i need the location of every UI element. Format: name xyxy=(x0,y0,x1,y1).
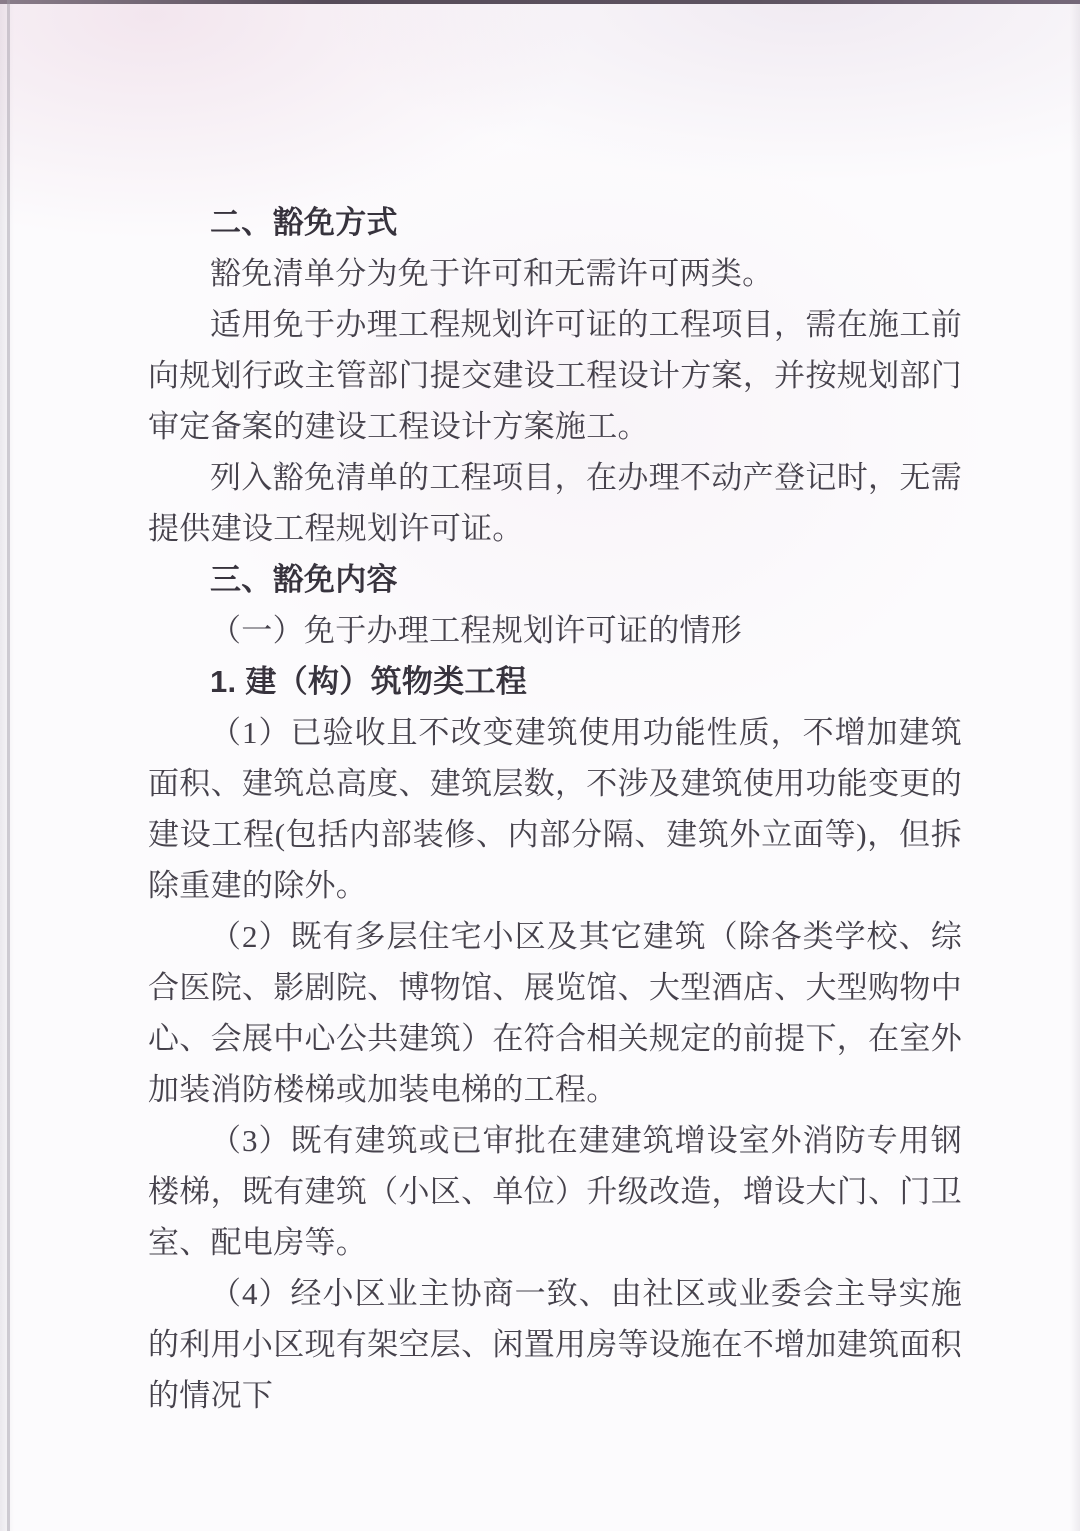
scan-left-edge xyxy=(7,0,10,1531)
section-heading: 三、豁免内容 xyxy=(148,554,962,605)
paragraph: 列入豁免清单的工程项目，在办理不动产登记时，无需提供建设工程规划许可证。 xyxy=(148,452,962,554)
paragraph: 豁免清单分为免于许可和无需许可两类。 xyxy=(148,248,962,299)
paragraph: 适用免于办理工程规划许可证的工程项目，需在施工前向规划行政主管部门提交建设工程设… xyxy=(148,299,962,452)
paragraph: （1）已验收且不改变建筑使用功能性质，不增加建筑面积、建筑总高度、建筑层数，不涉… xyxy=(148,707,962,911)
paragraph: （2）既有多层住宅小区及其它建筑（除各类学校、综合医院、影剧院、博物馆、展览馆、… xyxy=(148,911,962,1115)
scan-top-edge xyxy=(0,0,1080,4)
paragraph: （一）免于办理工程规划许可证的情形 xyxy=(148,605,962,656)
paragraph: （3）既有建筑或已审批在建建筑增设室外消防专用钢楼梯，既有建筑（小区、单位）升级… xyxy=(148,1115,962,1268)
section-heading: 二、豁免方式 xyxy=(148,197,962,248)
section-heading: 1. 建（构）筑物类工程 xyxy=(148,656,962,707)
scanned-page: 二、豁免方式豁免清单分为免于许可和无需许可两类。适用免于办理工程规划许可证的工程… xyxy=(0,0,1080,1531)
paragraph: （4）经小区业主协商一致、由社区或业委会主导实施的利用小区现有架空层、闲置用房等… xyxy=(148,1268,962,1421)
document-body: 二、豁免方式豁免清单分为免于许可和无需许可两类。适用免于办理工程规划许可证的工程… xyxy=(148,197,962,1421)
